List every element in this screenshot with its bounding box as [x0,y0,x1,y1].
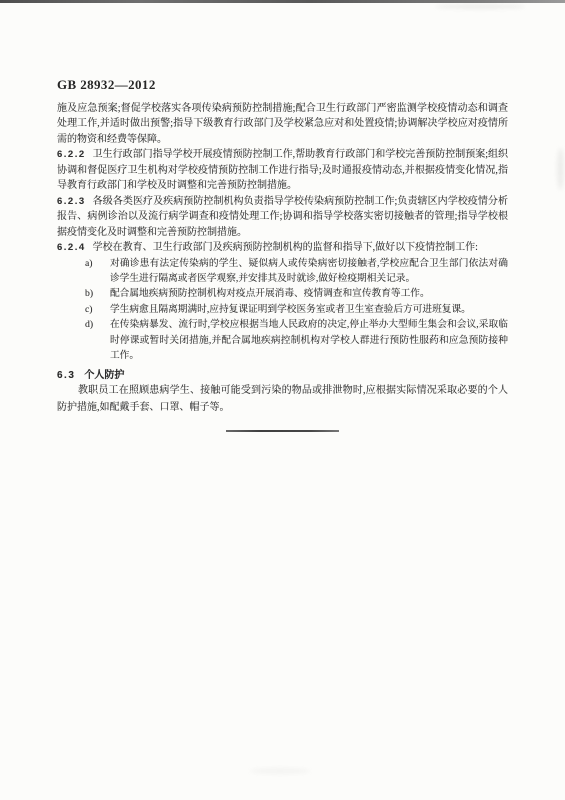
list-label: b) [85,286,93,301]
list-item-c: c) 学生病愈且隔离期满时,应持复课证明到学校医务室或者卫生室查验后方可进班复课… [57,302,508,317]
list-text: 对确诊患有法定传染病的学生、疑似病人或传染病密切接触者,学校应配合卫生部门依法对… [110,258,508,284]
clause-6-2-2: 6.2.2卫生行政部门指导学校开展疫情预防控制工作,帮助教育行政部门和学校完善预… [57,147,508,193]
document-body: 施及应急预案;督促学校落实各项传染病预防控制措施;配合卫生行政部门严密监测学校疫… [57,101,508,432]
clause-text: 各级各类医疗及疾病预防控制机构负责指导学校传染病预防控制工作;负责辖区内学校疫情… [57,196,508,238]
list-text: 在传染病暴发、流行时,学校应根据当地人民政府的决定,停止举办大型师生集会和会议,… [110,319,508,361]
list-label: d) [85,317,93,332]
list-label: a) [85,256,93,271]
scan-smudge [557,148,564,190]
paragraph-continuation: 施及应急预案;督促学校落实各项传染病预防控制措施;配合卫生行政部门严密监测学校疫… [57,101,508,147]
list-item-a: a) 对确诊患有法定传染病的学生、疑似病人或传染病密切接触者,学校应配合卫生部门… [57,256,508,287]
standard-number-header: GB 28932—2012 [57,77,156,93]
list-text: 学生病愈且隔离期满时,应持复课证明到学校医务室或者卫生室查验后方可进班复课。 [110,304,471,315]
clause-number: 6.2.3 [57,196,86,207]
scanned-standard-page: GB 28932—2012 施及应急预案;督促学校落实各项传染病预防控制措施;配… [0,0,565,800]
end-of-text-rule [226,430,339,432]
clause-text: 卫生行政部门指导学校开展疫情预防控制工作,帮助教育行政部门和学校完善预防控制预案… [57,149,508,191]
scan-edge-artifact [0,0,565,3]
list-label: c) [85,302,93,317]
clause-number: 6.2.4 [57,242,86,253]
list-item-b: b) 配合属地疾病预防控制机构对疫点开展消毒、疫情调查和宣传教育等工作。 [57,286,508,301]
clause-text: 学校在教育、卫生行政部门及疾病预防控制机构的监督和指导下,做好以下疫情控制工作: [93,242,478,253]
clause-number: 6.2.2 [57,149,86,160]
clause-6-2-4: 6.2.4学校在教育、卫生行政部门及疾病预防控制机构的监督和指导下,做好以下疫情… [57,240,508,255]
list-text: 配合属地疾病预防控制机构对疫点开展消毒、疫情调查和宣传教育等工作。 [110,288,430,299]
clause-list: a) 对确诊患有法定传染病的学生、疑似病人或传染病密切接触者,学校应配合卫生部门… [57,256,508,364]
closing-paragraph: 教职员工在照顾患病学生、接触可能受到污染的物品或排泄物时,应根据实际情况采取必要… [57,383,508,416]
scan-smudge [435,4,525,9]
list-item-d: d) 在传染病暴发、流行时,学校应根据当地人民政府的决定,停止举办大型师生集会和… [57,317,508,363]
scan-smudge [250,768,310,774]
clause-6-2-3: 6.2.3各级各类医疗及疾病预防控制机构负责指导学校传染病预防控制工作;负责辖区… [57,194,508,240]
section-title: 个人防护 [84,370,124,381]
section-number: 6.3 [57,370,75,381]
section-heading-6-3: 6.3个人防护 [57,368,508,383]
